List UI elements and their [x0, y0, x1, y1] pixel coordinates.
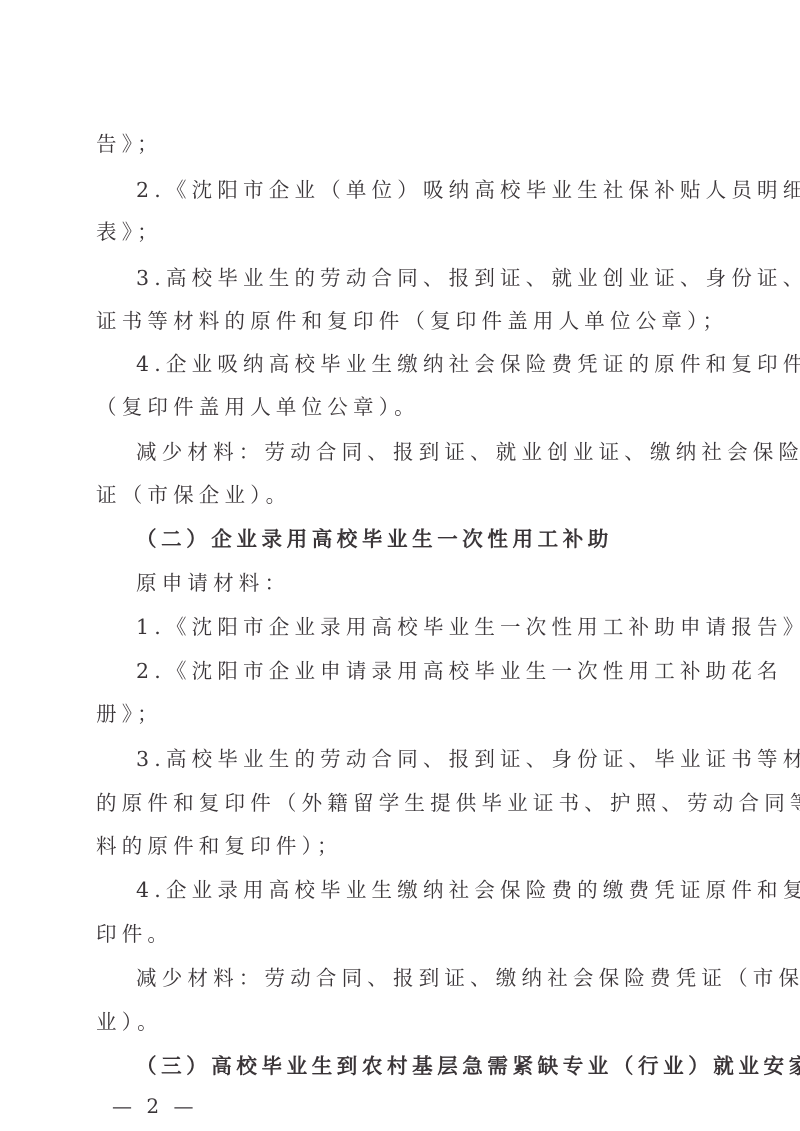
text-line-continuation: 证书等材料的原件和复印件（复印件盖用人单位公章）；: [96, 307, 708, 335]
text-line-continuation: 料的原件和复印件）；: [96, 832, 708, 860]
reduced-materials-paragraph: 减少材料：劳动合同、报到证、缴纳社会保险费凭证（市保企: [136, 964, 708, 992]
text-line-continuation: 证（市保企业）。: [96, 481, 708, 509]
text-line-continuation: （复印件盖用人单位公章）。: [96, 393, 708, 421]
text-line-continuation: 的原件和复印件（外籍留学生提供毕业证书、护照、劳动合同等材: [96, 789, 708, 817]
original-materials-label: 原申请材料：: [136, 569, 708, 597]
reduced-materials-paragraph: 减少材料：劳动合同、报到证、就业创业证、缴纳社会保险费凭: [136, 438, 708, 466]
text-line-continuation: 告》；: [96, 130, 708, 158]
list-item-4: 4.企业录用高校毕业生缴纳社会保险费的缴费凭证原件和复: [136, 876, 708, 904]
list-item-3: 3.高校毕业生的劳动合同、报到证、身份证、毕业证书等材料: [136, 745, 708, 773]
text-line-continuation: 表》；: [96, 218, 708, 246]
list-item-1: 1.《沈阳市企业录用高校毕业生一次性用工补助申请报告》；: [136, 613, 708, 641]
list-item-3: 3.高校毕业生的劳动合同、报到证、就业创业证、身份证、毕业: [136, 264, 708, 292]
text-line-continuation: 册》；: [96, 700, 708, 728]
list-item-4: 4.企业吸纳高校毕业生缴纳社会保险费凭证的原件和复印件: [136, 350, 708, 378]
list-item-2: 2.《沈阳市企业（单位）吸纳高校毕业生社保补贴人员明细: [136, 176, 708, 204]
section-heading-2: （二）企业录用高校毕业生一次性用工补助: [136, 525, 708, 553]
page-number: — 2 —: [112, 1092, 197, 1120]
text-line-continuation: 业）。: [96, 1008, 708, 1036]
section-heading-3: （三）高校毕业生到农村基层急需紧缺专业（行业）就业安家: [136, 1052, 708, 1080]
document-page: 告》； 2.《沈阳市企业（单位）吸纳高校毕业生社保补贴人员明细 表》； 3.高校…: [0, 0, 800, 1131]
list-item-2: 2.《沈阳市企业申请录用高校毕业生一次性用工补助花名: [136, 657, 708, 685]
text-line-continuation: 印件。: [96, 920, 708, 948]
